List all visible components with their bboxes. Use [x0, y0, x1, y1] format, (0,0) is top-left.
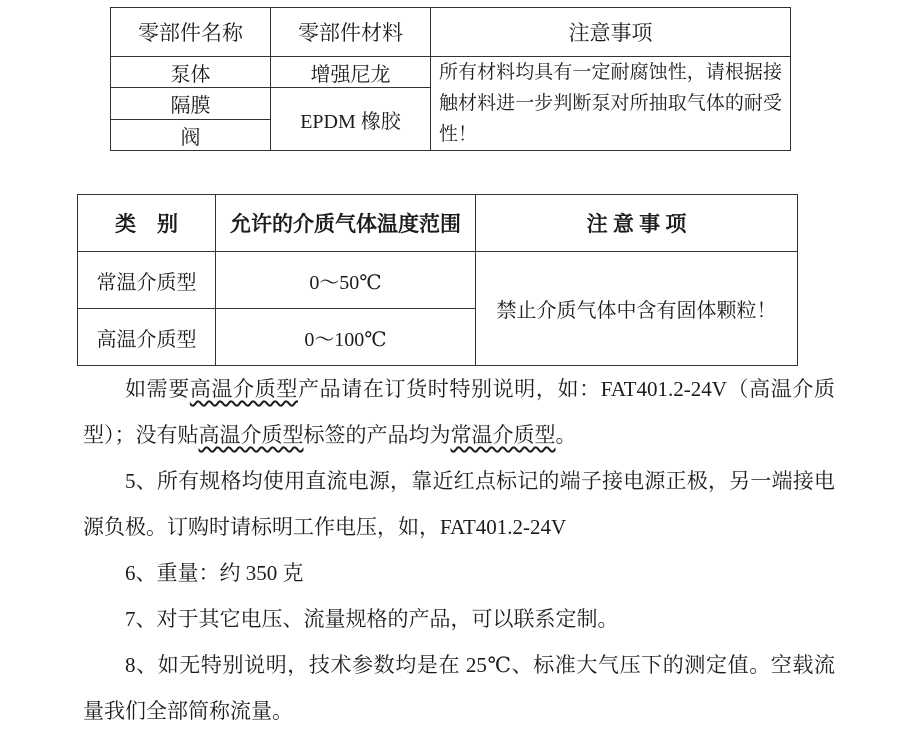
table-row: 常温介质型 0～50℃ 禁止介质气体中含有固体颗粒！	[78, 252, 798, 309]
underlined-text: 常温介质型	[451, 423, 556, 447]
cell-valve: 阀	[111, 120, 271, 151]
cell-range-high: 0～100℃	[216, 309, 476, 366]
cell-material-epdm: EPDM 橡胶	[271, 88, 431, 151]
body-text: 如需要高温介质型产品请在订货时特别说明，如：FAT401.2-24V（高温介质型…	[83, 366, 835, 734]
paragraph-order-note: 如需要高温介质型产品请在订货时特别说明，如：FAT401.2-24V（高温介质型…	[83, 366, 835, 458]
paragraph-item-5: 5、所有规格均使用直流电源，靠近红点标记的端子接电源正极，另一端接电源负极。订购…	[83, 458, 835, 550]
text-segment: 标签的产品均为	[304, 423, 451, 447]
table-header-row: 零部件名称 零部件材料 注意事项	[111, 8, 791, 57]
paragraph-item-6: 6、重量：约 350 克	[83, 550, 835, 596]
table-row: 泵体 增强尼龙 所有材料均具有一定耐腐蚀性，请根据接触材料进一步判断泵对所抽取气…	[111, 57, 791, 88]
header-part-name: 零部件名称	[111, 8, 271, 57]
header-category: 类 别	[78, 195, 216, 252]
paragraph-item-7: 7、对于其它电压、流量规格的产品，可以联系定制。	[83, 596, 835, 642]
cell-normal-temp-type: 常温介质型	[78, 252, 216, 309]
underlined-text: 高温介质型	[199, 423, 304, 447]
parts-material-table: 零部件名称 零部件材料 注意事项 泵体 增强尼龙 所有材料均具有一定耐腐蚀性，请…	[110, 7, 791, 151]
table-header-row: 类 别 允许的介质气体温度范围 注 意 事 项	[78, 195, 798, 252]
text-segment: 。	[556, 423, 577, 447]
cell-high-temp-type: 高温介质型	[78, 309, 216, 366]
cell-diaphragm: 隔膜	[111, 88, 271, 120]
document-page: 零部件名称 零部件材料 注意事项 泵体 增强尼龙 所有材料均具有一定耐腐蚀性，请…	[0, 0, 900, 734]
header-notes: 注 意 事 项	[476, 195, 798, 252]
cell-pump-body: 泵体	[111, 57, 271, 88]
header-temp-range: 允许的介质气体温度范围	[216, 195, 476, 252]
header-part-material: 零部件材料	[271, 8, 431, 57]
cell-material-nylon: 增强尼龙	[271, 57, 431, 88]
cell-range-normal: 0～50℃	[216, 252, 476, 309]
underlined-text: 高温介质型	[190, 377, 298, 401]
paragraph-item-8: 8、如无特别说明，技术参数均是在 25℃、标准大气压下的测定值。空载流量我们全部…	[83, 642, 835, 734]
header-notes: 注意事项	[431, 8, 791, 57]
text-segment: 如需要	[125, 377, 190, 401]
temperature-table: 类 别 允许的介质气体温度范围 注 意 事 项 常温介质型 0～50℃ 禁止介质…	[77, 194, 798, 366]
cell-temp-note: 禁止介质气体中含有固体颗粒！	[476, 252, 798, 366]
cell-material-note: 所有材料均具有一定耐腐蚀性，请根据接触材料进一步判断泵对所抽取气体的耐受性！	[431, 57, 791, 151]
